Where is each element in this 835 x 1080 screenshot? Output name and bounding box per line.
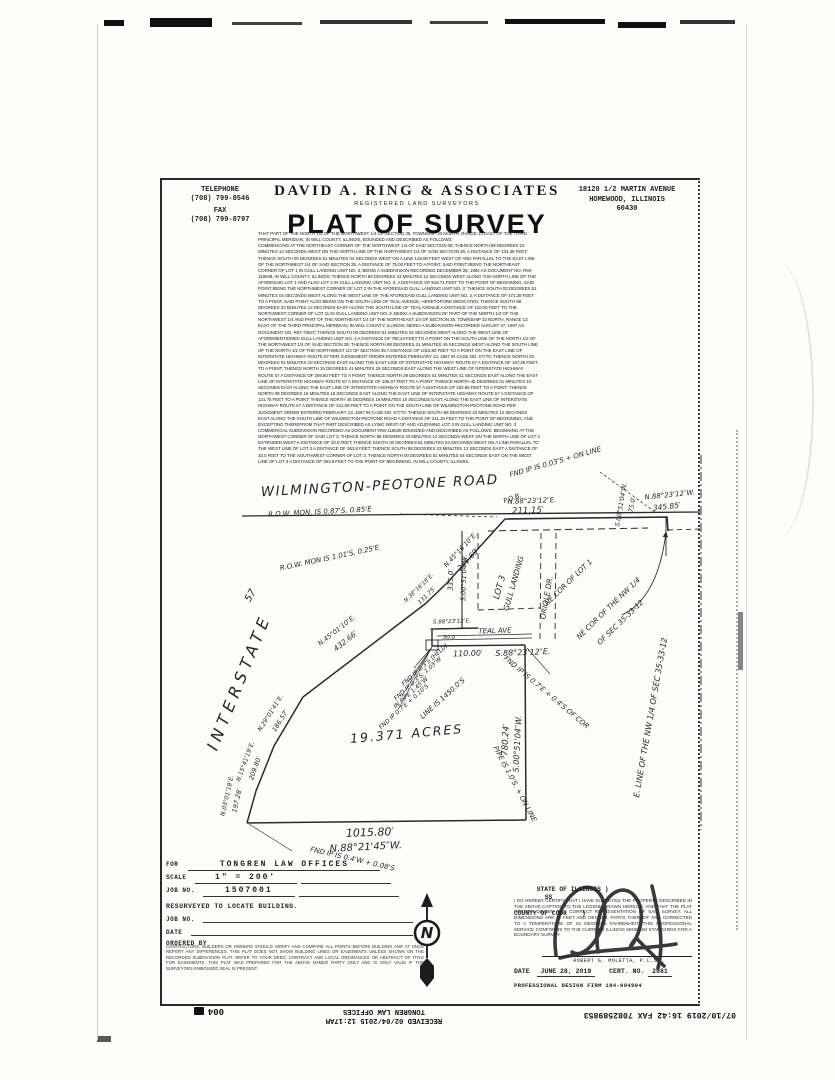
scan-streak (736, 430, 738, 930)
job-label: JOB NO. (166, 887, 195, 894)
found-pipe-top-note: FND IP IS 0.03'S + ON LINE (509, 445, 603, 479)
north-arrow: N (415, 893, 439, 987)
telephone-number: (708) 799-8546 (168, 195, 272, 204)
fnd-top-leader (600, 472, 655, 512)
cert-no-value: 2981 (648, 968, 672, 977)
fax-label: FAX (168, 207, 272, 216)
scan-roller-mark (742, 262, 814, 538)
scan-artifact (430, 21, 488, 24)
scan-artifact (320, 20, 412, 24)
address-line3: 60430 (562, 205, 692, 215)
job-value: 1507001 (203, 886, 295, 897)
scale-value: 1″ = 200′ (195, 873, 297, 884)
fnd-sw-leader (249, 824, 292, 851)
fax-page-number: 004 (178, 1006, 224, 1016)
strip-distance: 335.0′ (447, 569, 456, 591)
cert-no-label: CERT. NO. (609, 968, 644, 975)
scan-edge-left (97, 24, 98, 1040)
form-scale-row: SCALE 1″ = 200′ (166, 873, 391, 884)
form-jobno2-row: JOB NO. (166, 915, 413, 923)
northeast-tie-bearing: N.88°23'12″W. (644, 488, 695, 501)
acreage-label: 19.371 ACRES (349, 721, 463, 746)
oriole-east-line (555, 533, 556, 640)
cert-date-value: JUNE 28, 2019 (537, 968, 596, 977)
legal-description: THAT PART OF THE NORTH 1/2 OF THE NORTHW… (258, 231, 690, 465)
date-label: DATE (166, 929, 182, 936)
fax-page-number-text: 004 (208, 1006, 224, 1016)
company-subtitle: REGISTERED LAND SURVEYORS (262, 201, 572, 207)
scan-artifact (104, 20, 124, 26)
section-tie-distance: 75.0′ (628, 496, 638, 513)
fax-header-line: 07/10/2019 16:42 FAX 7082589853 (498, 1010, 736, 1019)
scan-artifact (738, 612, 743, 670)
company-name: DAVID A. RING & ASSOCIATES (262, 183, 572, 200)
job-blank (299, 889, 399, 897)
northeast-tie-distance: 345.85′ (652, 501, 681, 513)
interstate-label: INTERSTATE (203, 611, 275, 753)
signature-line (542, 956, 692, 957)
cert-date-label: DATE (514, 968, 530, 975)
small-bearing-label: S.88°23'12″E. (433, 618, 471, 625)
north-arrow-head (421, 893, 433, 907)
form-fine-print: CONTRACTORS, BUILDERS OR OWNERS SHOULD V… (166, 944, 424, 971)
seg6-distance: 197.28′ (230, 787, 243, 813)
fax-number: (708) 799-8797 (168, 216, 272, 225)
scan-artifact (618, 22, 666, 28)
for-label: FOR (166, 861, 178, 868)
date-blank (191, 928, 413, 936)
east-boundary-bearing: S.00°51'04″W. (512, 715, 524, 773)
ne-tie-dash (668, 529, 700, 530)
design-firm-line: PROFESSIONAL DESIGN FIRM 184-004904 (514, 982, 642, 989)
scale-blank (301, 876, 391, 884)
surveyor-contact-block: TELEPHONE (708) 799-8546 FAX (708) 799-8… (168, 186, 272, 225)
job2-blank (203, 915, 413, 923)
form-jobno-row: JOB NO. 1507001 (166, 886, 399, 897)
scale-label: SCALE (166, 874, 187, 881)
row-monument-note-2: R.O.W. MON IS 1.01'S, 0.25'E (279, 543, 380, 572)
scan-edge-right (746, 24, 747, 1040)
road-south-row-line (488, 528, 648, 531)
fax-received-stamp: RECEIVED 02/04/2015 12:17AM TONGREN LAW … (296, 1006, 472, 1024)
strip-bearing: S.00°51'04″W. (459, 555, 469, 602)
interstate-number: 57 (243, 587, 259, 604)
row-monument-note-1: R.O.W. MON. IS 0.87'S, 0.85'E (268, 505, 372, 518)
parcel-north-boundary (505, 517, 668, 531)
road-name-label: WILMINGTON-PEOTONE ROAD (260, 472, 499, 500)
east-section-line-label: E. LINE OF THE NW 1/4 OF SEC 35-33-12 (632, 637, 669, 798)
certification-block: STATE OF ILLINOIS ) SS COUNTY OF COOK ) … (514, 878, 700, 918)
scan-artifact (232, 22, 302, 25)
surveyor-name: ROBERT G. MOLETTA, P.L.S. (542, 958, 692, 964)
fax-recipient-line: TONGREN LAW OFFICES (296, 1006, 472, 1015)
road-distance-label: 211.15′ (512, 505, 544, 516)
job2-label: JOB NO. (166, 916, 195, 923)
north-letter: N (421, 924, 434, 942)
dim-110-distance: 110.00′ (453, 648, 483, 658)
scan-artifact (505, 19, 605, 24)
teal-ave-label: TEAL AVE (478, 626, 512, 635)
parcel-south-boundary (247, 820, 526, 823)
cert-date-row: DATE JUNE 28, 2019 CERT. NO. 2981 (514, 968, 672, 975)
ne-corner-nw-label-2: OF SEC 35-33-12 (595, 597, 646, 646)
telephone-label: TELEPHONE (168, 186, 272, 195)
certification-text: I DO HEREBY CERTIFY THAT I HAVE SURVEYED… (514, 898, 692, 938)
oriole-west-line (540, 533, 541, 640)
form-for-row: FOR TONGREN LAW OFFICES (166, 860, 380, 871)
fax-received-line: RECEIVED 02/04/2015 12:17AM (296, 1015, 472, 1024)
surveyor-address-block: 18120 1/2 MARTIN AVENUE HOMEWOOD, ILLINO… (562, 186, 692, 215)
ne-corner-arrow (622, 532, 666, 615)
scan-artifact (97, 1036, 111, 1042)
printer-icon (194, 1007, 204, 1015)
state-of-illinois: STATE OF ILLINOIS ) (537, 886, 609, 893)
scan-artifact (150, 18, 212, 27)
address-line1: 18120 1/2 MARTIN AVENUE (562, 186, 692, 196)
south-boundary-distance: 1015.80′ (346, 825, 395, 840)
address-line2: HOMEWOOD, ILLINOIS (562, 196, 692, 206)
teal-width-label: 30.0 (443, 635, 456, 641)
dim-110-bearing: S.88°23'12″E. (495, 647, 550, 658)
scanned-plat-page: TELEPHONE (708) 799-8546 FAX (708) 799-8… (0, 0, 835, 1080)
for-value: TONGREN LAW OFFICES (188, 860, 380, 871)
section-tie-bearing: S.00°51'04″W. (613, 482, 629, 527)
form-date-row: DATE (166, 928, 413, 936)
scan-artifact (680, 20, 735, 24)
resurvey-note: RESURVEYED TO LOCATE BUILDING. (166, 903, 298, 910)
